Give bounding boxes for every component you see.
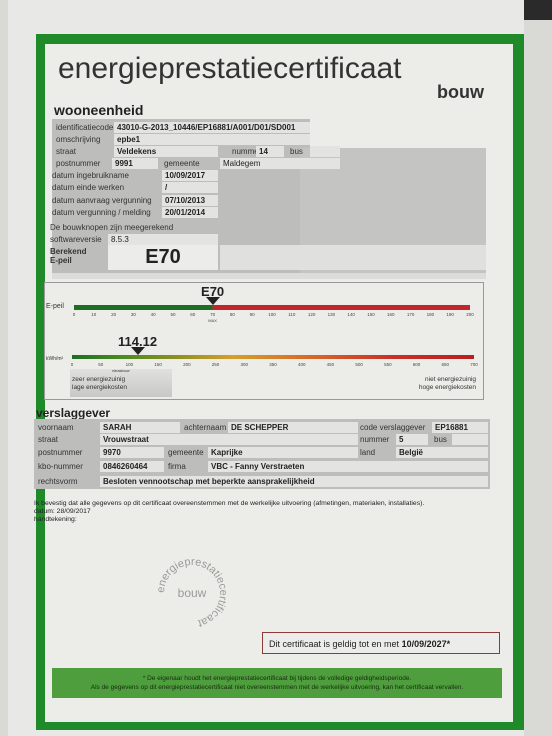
label-land: land [360,447,375,458]
certificate-stamp: energieprestatiecertificaat bouw [154,555,230,631]
value-softwareversie: 8.5.3 [108,234,218,245]
label-berekend-epeil: Berekend E-peil [50,247,86,265]
epeil-tick: 170 [407,312,415,317]
stamp-center-text: bouw [178,586,207,600]
epeil-tick: 160 [387,312,395,317]
label-datum-vergunning-melding: datum vergunning / melding [52,207,151,218]
epeil-tick: 120 [308,312,316,317]
label-softwareversie: softwareversie [50,234,102,245]
energy-tick: 200 [183,362,191,367]
label-straat-verslaggever: straat [38,434,58,445]
epeil-tick: 10 [91,312,96,317]
energy-tick: 450 [327,362,335,367]
value-datum-ingebruikname: 10/09/2017 [162,170,218,181]
epeil-tick: 0 [73,312,76,317]
energy-tick: 650 [442,362,450,367]
epeil-tick: 50 [170,312,175,317]
validity-box: Dit certificaat is geldig tot en met 10/… [262,632,500,654]
value-nummer: 14 [256,146,284,157]
energy-tick: 0 [71,362,74,367]
value-bus [310,146,340,157]
label-postnummer-verslaggever: postnummer [38,447,82,458]
footer-line-2: Als de gegevens op dit energieprestatiec… [52,683,502,692]
energy-tick: 250 [212,362,220,367]
value-datum-vergunning-melding: 20/01/2014 [162,207,218,218]
label-achternaam: achternaam [184,422,226,433]
energy-tick: 350 [269,362,277,367]
value-omschrijving: epbe1 [114,134,310,145]
confirmation-handtekening: handtekening: [34,516,424,524]
value-gemeente: Maldegem [220,158,340,169]
value-nummer-verslaggever: 5 [396,434,428,445]
value-datum-aanvraag-vergunning: 07/10/2013 [162,195,218,206]
epeil-max-label: MAX [208,318,217,323]
certificate-subtitle: bouw [437,82,484,103]
wooneenheid-bottom-strip [52,273,486,279]
epeil-axis-label: E-peil [46,301,64,312]
confirmation-datum: datum: 28/09/2017 [34,508,424,516]
label-datum-ingebruikname: datum ingebruikname [52,170,129,181]
label-firma: firma [168,461,186,472]
validity-prefix: Dit certificaat is geldig tot en met [269,639,402,649]
label-gemeente: gemeente [164,158,200,169]
value-bus-verslaggever [452,434,488,445]
epeil-tick: 90 [250,312,255,317]
background-corner [524,0,552,20]
label-gemeente-verslaggever: gemeente [168,447,204,458]
left-caption: zeer energiezuinig lage energiekosten [72,376,127,392]
epeil-tick: 20 [111,312,116,317]
value-gemeente-verslaggever: Kaprijke [208,447,358,458]
label-epeil: E-peil [50,256,72,265]
right-caption-2: hoge energiekosten [419,384,476,391]
epeil-tick: 70 [210,312,215,317]
confirmation-text: Ik bevestig dat alle gegevens op dit cer… [34,500,424,508]
epeil-tick: 200 [466,312,474,317]
right-caption: niet energiezuinig hoge energiekosten [390,376,476,392]
energy-tick: 100 [126,362,134,367]
energy-marker-label: 114.12 [118,334,157,349]
epeil-tick: 40 [151,312,156,317]
section-wooneenheid: wooneenheid [54,102,143,118]
label-berekend: Berekend [50,247,86,256]
label-code-verslaggever: code verslaggever [360,422,425,433]
epeil-tick: 110 [288,312,295,317]
label-datum-aanvraag-vergunning: datum aanvraag vergunning [52,195,152,206]
epeil-bar [74,305,470,310]
label-bus-verslaggever: bus [434,434,447,445]
energy-tick: 50 [98,362,103,367]
epeil-tick: 180 [427,312,435,317]
validity-date: 10/09/2027* [402,639,451,649]
epeil-tick: 60 [190,312,195,317]
label-nummer-verslaggever: nummer [360,434,389,445]
energy-tick: 700 [470,362,478,367]
label-voornaam: voornaam [38,422,74,433]
energy-tick: 600 [413,362,421,367]
label-identificatiecode: identificatiecode [56,122,113,133]
confirmation: Ik bevestig dat alle gegevens op dit cer… [34,500,424,524]
nieuwbouw-label: nieuwbouw [112,369,130,373]
energy-tick: 400 [298,362,306,367]
energy-tick: 150 [154,362,162,367]
value-postnummer: 9991 [112,158,158,169]
value-land: België [396,447,488,458]
epeil-empty-cell [220,245,486,270]
epeil-tick: 130 [328,312,336,317]
value-code-verslaggever: EP16881 [432,422,488,433]
epeil-marker-label: E70 [201,284,224,299]
energy-tick: 300 [241,362,249,367]
epeil-tick: 140 [347,312,355,317]
epeil-tick: 190 [446,312,454,317]
value-achternaam: DE SCHEPPER [228,422,358,433]
label-omschrijving: omschrijving [56,134,100,145]
value-kbo-nummer: 0846260464 [100,461,164,472]
left-caption-2: lage energiekosten [72,384,127,391]
epeil-tick: 100 [268,312,276,317]
left-caption-1: zeer energiezuinig [72,376,125,383]
energy-tick: 550 [384,362,392,367]
epeil-tick: 30 [131,312,136,317]
value-straat-verslaggever: Vrouwstraat [100,434,358,445]
label-rechtsvorm: rechtsvorm [38,476,78,487]
section-verslaggever: verslaggever [36,406,110,420]
energy-bar [72,355,474,359]
right-caption-1: niet energiezuinig [425,376,476,383]
label-datum-einde-werken: datum einde werken [52,182,124,193]
label-straat: straat [56,146,76,157]
value-identificatiecode: 43010-G-2013_10446/EP16881/A001/D01/SD00… [114,122,310,133]
footer-notice: * De eigenaar houdt het energieprestatie… [52,668,502,698]
value-postnummer-verslaggever: 9970 [100,447,164,458]
label-bus: bus [290,146,303,157]
value-berekend-epeil: E70 [108,245,218,270]
epeil-tick: 80 [230,312,235,317]
certificate-title: energieprestatiecertificaat [58,52,402,86]
value-firma: VBC - Fanny Verstraeten [208,461,488,472]
value-straat: Veldekens [114,146,218,157]
epeil-tick: 150 [367,312,375,317]
label-postnummer: postnummer [56,158,100,169]
value-rechtsvorm: Besloten vennootschap met beperkte aansp… [100,476,488,487]
label-kbo-nummer: kbo-nummer [38,461,83,472]
footer-line-1: * De eigenaar houdt het energieprestatie… [52,674,502,683]
value-voornaam: SARAH [100,422,180,433]
energy-axis-label: kWh/m² [46,354,63,365]
value-datum-einde-werken: / [162,182,218,193]
label-bouwknopen: De bouwknopen zijn meegerekend [50,222,173,233]
energy-tick: 500 [355,362,363,367]
